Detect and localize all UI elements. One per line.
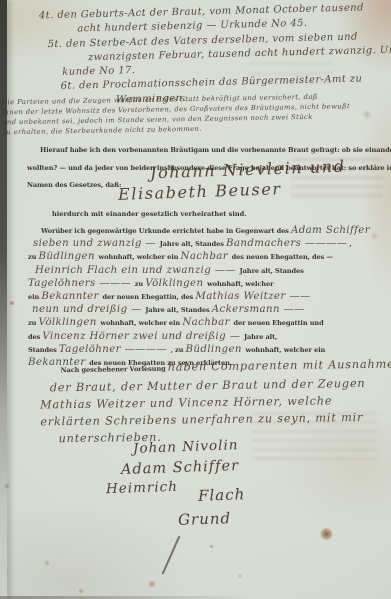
witnesses-paragraph: Worüber ich gegenwärtige Urkunde erricht… [28, 221, 370, 366]
signature-registrar-grund: Grund [178, 509, 232, 529]
text-line: neun und dreißig — Jahre alt, Standes Ac… [32, 300, 370, 313]
text-line: zu Völklingen wohnhaft, welcher ein Nach… [28, 313, 370, 326]
foxing-spot [320, 528, 333, 540]
text-line: Worüber ich gegenwärtige Urkunde erricht… [41, 221, 370, 234]
text-line: Standes Tagelöhner ———— , zu Büdlingen w… [28, 340, 370, 353]
foxing-spot [78, 588, 84, 594]
signature-witness-adam-schiffer: Adam Schiffer [121, 458, 240, 478]
text-line: ein Bekannter der neuen Ehegattin, des M… [28, 287, 370, 300]
foxing-spot [44, 560, 50, 566]
printed-text: Nach geschehener Vorlesung [61, 365, 168, 374]
signature-witness-heimrich: Heimrich [106, 479, 178, 498]
text-line: Hierauf habe ich den vorbenannten Bräuti… [40, 140, 391, 158]
foxing-spot [10, 301, 14, 305]
page-gutter-shadow [0, 0, 7, 599]
closing-paragraph: Nach geschehener Vorlesung haben Compare… [39, 355, 391, 447]
handwritten-text: zu erhalten, die Sterbeurkunde nicht zu … [2, 125, 202, 136]
foxing-spot [210, 545, 213, 548]
printed-text: wohnhaft, welcher ein [246, 346, 326, 354]
signature-witness-flach: Flach [198, 485, 246, 505]
text-line: des Vincenz Hörner zwei und dreißig — Ja… [28, 327, 370, 340]
printed-text: , [347, 240, 351, 248]
scanned-document-page: 4t. den Geburts-Act der Braut, vom Monat… [0, 0, 391, 599]
text-line: Tagelöhners ——— zu Völklingen wohnhaft, … [28, 274, 370, 287]
text-line: sieben und zwanzig — Jahre alt, Standes … [33, 234, 370, 247]
marginal-note: Die Parteien und die Zeugen wurden an Ei… [2, 91, 383, 138]
signature-groom: Johan Nivolin [133, 437, 239, 457]
marriage-statement: hierdurch mit einander gesetzlich verhei… [52, 210, 247, 218]
text-line: Heinrich Flach ein und zwanzig —— Jahre … [35, 261, 370, 274]
printed-text: Hierauf habe ich den vorbenannten Bräuti… [40, 146, 391, 154]
handwritten-text: kunde No 17. [62, 65, 135, 78]
foxing-spot [370, 232, 379, 240]
foxing-spot [362, 110, 372, 119]
foxing-spot [238, 574, 242, 578]
handwritten-text: haben Comparenten mit Ausnahme [168, 358, 391, 374]
printed-text: Namen des Gesetzes, daß: [27, 181, 121, 189]
text-line: zu Büdlingen wohnhaft, welcher ein Nachb… [28, 247, 370, 260]
foxing-spot [148, 580, 156, 588]
signature-flourish [162, 535, 181, 574]
